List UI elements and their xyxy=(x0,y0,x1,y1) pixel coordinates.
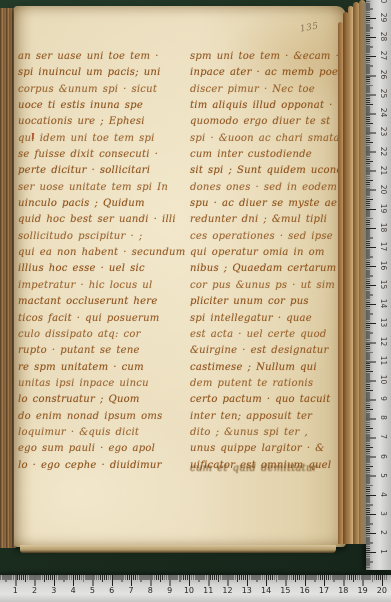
faded-show-through-line: cum et quid demittatur xyxy=(190,461,340,477)
horizontal-ruler-cm: 1234567891011121314151617181920 xyxy=(0,575,391,602)
manuscript-text-line: ego sum pauli · ego apol xyxy=(18,441,178,457)
ruler-cm-ticks xyxy=(0,575,387,586)
ruler-number: 9 xyxy=(374,391,391,406)
manuscript-text-line: ticos facit · qui posuerum xyxy=(18,311,178,327)
manuscript-text-line: spu · ac diuer se myste ae · xyxy=(190,196,340,212)
manuscript-text-line: nibus ; Quaedam certarum xyxy=(190,261,340,277)
ruler-number: 21 xyxy=(374,163,391,178)
manuscript-text-line: certo pactum · quo tacuit xyxy=(190,392,340,408)
ruler-number: 22 xyxy=(374,144,391,159)
ruler-number: 12 xyxy=(374,334,391,349)
manuscript-text-line: spi inuincul um pacis; uni xyxy=(18,65,178,81)
manuscript-photo: 135 I an ser uase uni toe tem ·spi inuin… xyxy=(0,0,391,602)
manuscript-text-line: an ser uase uni toe tem · xyxy=(18,49,178,65)
ruler-number: 1 xyxy=(6,586,25,595)
ruler-number: 19 xyxy=(374,201,391,216)
ruler-number: 8 xyxy=(374,410,391,425)
manuscript-text-line: qui ea non habent · secundum xyxy=(18,245,178,261)
manuscript-text-line: ser uose unitate tem spi In xyxy=(18,180,178,196)
manuscript-text-line: do enim nonad ipsum oms xyxy=(18,409,178,425)
manuscript-text-line: culo dissipato atq: cor xyxy=(18,327,178,343)
manuscript-text-line: corpus &unum spi · sicut xyxy=(18,82,178,98)
manuscript-text-line: &uirgine · est designatur xyxy=(190,343,340,359)
manuscript-text-line: spi intellegatur · quae xyxy=(190,311,340,327)
page-edge-strip xyxy=(359,0,366,544)
ruler-number: 11 xyxy=(374,353,391,368)
ruler-number: 27 xyxy=(374,48,391,63)
manuscript-text-line: lo · ego cephe · diuidimur xyxy=(18,458,178,474)
manuscript-text-line: pliciter unum cor pus xyxy=(190,294,340,310)
ruler-number: 5 xyxy=(374,468,391,483)
ruler-number: 16 xyxy=(374,258,391,273)
ruler-number: 1 xyxy=(374,544,391,559)
ruler-number: 5 xyxy=(83,586,102,595)
ruler-number: 7 xyxy=(121,586,140,595)
manuscript-text-line: cum inter custodiende xyxy=(190,147,340,163)
faded-text: cum et quid demittatur xyxy=(190,461,340,477)
ruler-number: 14 xyxy=(256,586,275,595)
manuscript-text-line: est acta · uel certe quod xyxy=(190,327,340,343)
ruler-number: 3 xyxy=(44,586,63,595)
manuscript-text-line: mactant occluserunt here xyxy=(18,294,178,310)
ruler-number: 28 xyxy=(374,29,391,44)
ruler-number: 25 xyxy=(374,86,391,101)
manuscript-text-line: illius hoc esse · uel sic xyxy=(18,261,178,277)
ruler-number: 20 xyxy=(374,182,391,197)
manuscript-text-line: dones ones · sed in eodem xyxy=(190,180,340,196)
manuscript-text-line: spi · &uoon ac chari smata · xyxy=(190,131,340,147)
ruler-number: 2 xyxy=(374,525,391,540)
ruler-number: 24 xyxy=(374,105,391,120)
manuscript-text-line: unitas ipsi inpace uincu xyxy=(18,376,178,392)
fore-edge-page-stack xyxy=(338,0,368,548)
ruler-number: 6 xyxy=(102,586,121,595)
manuscript-text-line: tim aliquis illud opponat · xyxy=(190,98,340,114)
ruler-number: 29 xyxy=(374,10,391,25)
ruler-number: 9 xyxy=(160,586,179,595)
manuscript-text-line: spm uni toe tem · &ecam · xyxy=(190,49,340,65)
manuscript-text-line: re spm unitatem · cum xyxy=(18,360,178,376)
ruler-number: 8 xyxy=(141,586,160,595)
manuscript-text-line: rupto · putant se tene xyxy=(18,343,178,359)
text-column-left: an ser uase uni toe tem ·spi inuincul um… xyxy=(18,49,178,474)
manuscript-text-line: dem putent te rationis xyxy=(190,376,340,392)
manuscript-text-line: uoce ti estis inuna spe xyxy=(18,98,178,114)
ruler-number: 19 xyxy=(353,586,372,595)
ruler-number: 15 xyxy=(276,586,295,595)
ruler-number: 13 xyxy=(237,586,256,595)
manuscript-text-line: quid hoc best ser uandi · illi xyxy=(18,212,178,228)
ruler-number: 13 xyxy=(374,315,391,330)
ruler-number: 18 xyxy=(374,220,391,235)
manuscript-text-line: impetratur · hic locus ul xyxy=(18,278,178,294)
ruler-number: 17 xyxy=(314,586,333,595)
ruler-number: 11 xyxy=(199,586,218,595)
ruler-number: 18 xyxy=(334,586,353,595)
ruler-number: 30 xyxy=(374,0,391,6)
manuscript-text-line: unus quippe largitor · & xyxy=(190,441,340,457)
vertical-ruler-numbers: 3029282726252423222120191817161514131211… xyxy=(376,0,391,561)
underlying-page-edge xyxy=(20,545,336,553)
manuscript-text-line: lo construatur ; Quom xyxy=(18,392,178,408)
ruler-number: 4 xyxy=(374,487,391,502)
text-column-right: spm uni toe tem · &ecam ·inpace ater · a… xyxy=(190,49,340,474)
vertical-ruler-cm: 3029282726252423222120191817161514131211… xyxy=(366,0,391,570)
manuscript-text-line: dito ; &unus spi ter , xyxy=(190,425,340,441)
ruler-number: 15 xyxy=(374,277,391,292)
ruler-number: 17 xyxy=(374,239,391,254)
manuscript-text-line: redunter dni ; &mul tipli xyxy=(190,212,340,228)
manuscript-text-line: discer pimur · Nec toe xyxy=(190,82,340,98)
manuscript-text-line: inter ten; apposuit ter xyxy=(190,409,340,425)
ruler-number: 23 xyxy=(374,124,391,139)
manuscript-text-line: sit spi ; Sunt quidem ucone xyxy=(190,163,340,179)
manuscript-text-line: inpace ater · ac memb poe xyxy=(190,65,340,81)
ruler-number: 12 xyxy=(218,586,237,595)
ruler-number: 2 xyxy=(25,586,44,595)
manuscript-text-line: uinculo pacis ; Quidum xyxy=(18,196,178,212)
manuscript-text-line: sollicitudo pscipitur · ; xyxy=(18,229,178,245)
manuscript-text-line: castimese ; Nullum qui xyxy=(190,360,340,376)
ruler-number: 10 xyxy=(179,586,198,595)
ruler-number: 16 xyxy=(295,586,314,595)
ruler-number: 7 xyxy=(374,429,391,444)
ruler-number: 10 xyxy=(374,372,391,387)
ruler-number: 14 xyxy=(374,296,391,311)
manuscript-text-line: qui idem uni toe tem spi xyxy=(18,131,178,147)
manuscript-text-line: ces operationes · sed ipse xyxy=(190,229,340,245)
ruler-number: 20 xyxy=(372,586,391,595)
manuscript-text-line: cor pus &unus ps · ut sim xyxy=(190,278,340,294)
manuscript-text-line: quomodo ergo diuer te st xyxy=(190,114,340,130)
manuscript-text-line: perte dicitur · sollicitari xyxy=(18,163,178,179)
manuscript-text-line: uocationis ure ; Ephesi xyxy=(18,114,178,130)
horizontal-ruler-numbers: 1234567891011121314151617181920 xyxy=(6,586,391,595)
ruler-number: 4 xyxy=(63,586,82,595)
manuscript-text-line: se fuisse dixit consecuti · xyxy=(18,147,178,163)
ruler-number: 26 xyxy=(374,67,391,82)
manuscript-text-line: qui operatur omia in om xyxy=(190,245,340,261)
ruler-number: 6 xyxy=(374,449,391,464)
ruler-number: 3 xyxy=(374,506,391,521)
manuscript-text-line: loquimur · &quis dicit xyxy=(18,425,178,441)
